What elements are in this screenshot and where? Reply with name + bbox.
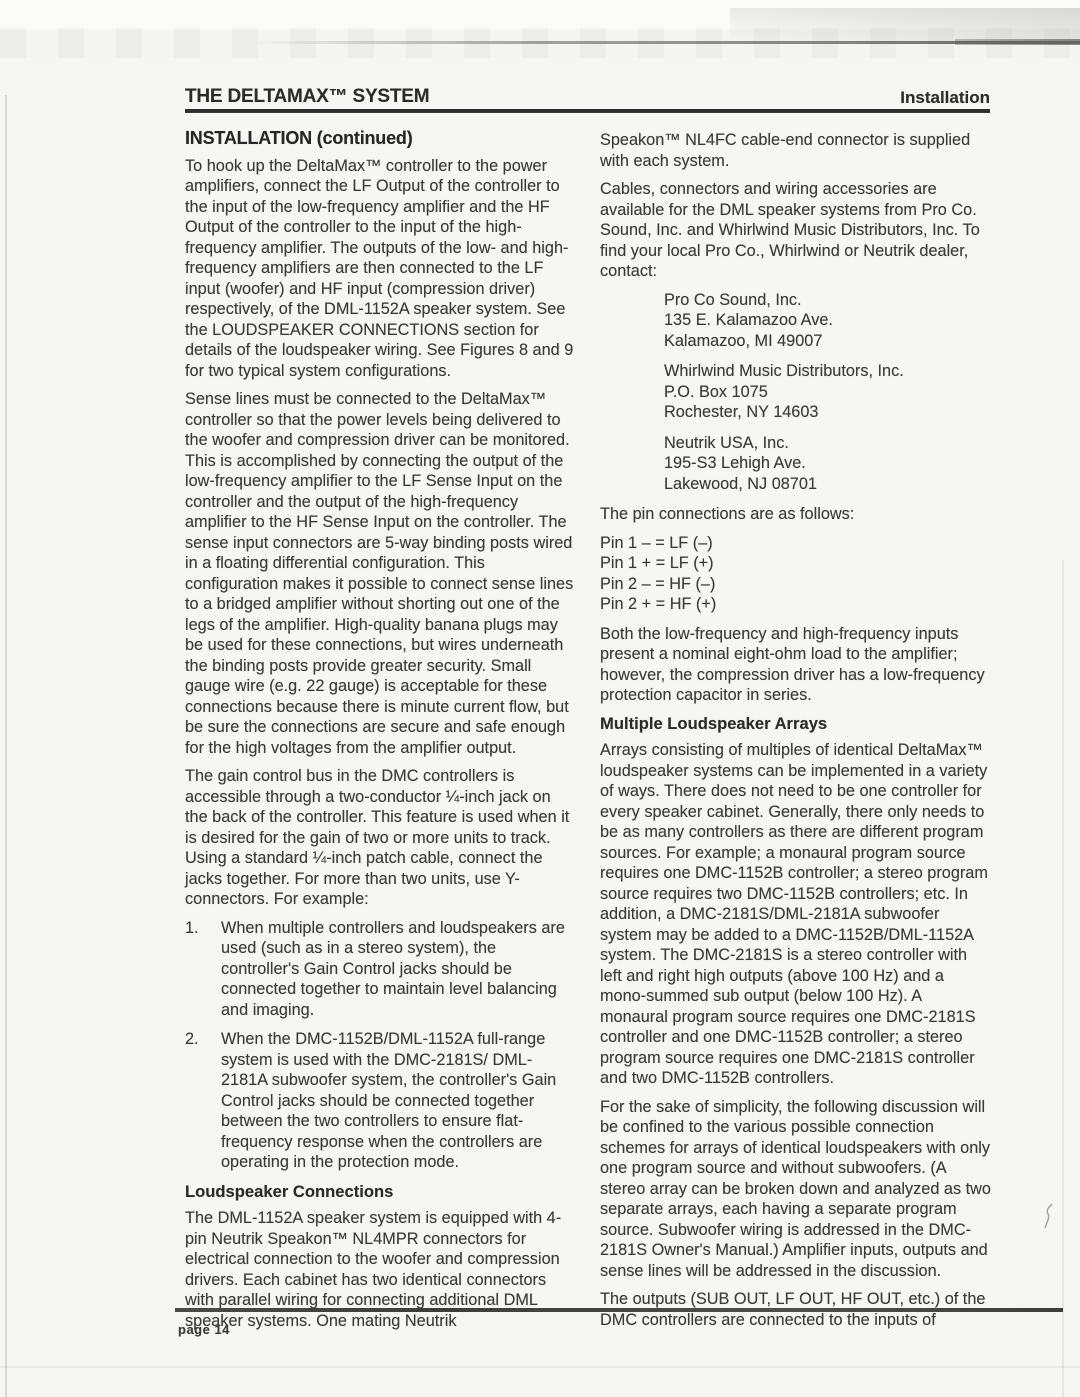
address-line: Kalamazoo, MI 49007 <box>664 331 992 352</box>
list-item-text: When multiple controllers and loudspeake… <box>221 918 575 1021</box>
loudspeaker-connections-heading: Loudspeaker Connections <box>185 1182 575 1203</box>
scan-right-edge-line <box>1062 560 1064 1397</box>
arrays-para-1: Arrays consisting of multiples of identi… <box>600 740 992 1089</box>
address-line: Whirlwind Music Distributors, Inc. <box>664 361 992 382</box>
list-item-number: 1. <box>185 918 221 1021</box>
installation-heading: INSTALLATION (continued) <box>185 128 575 149</box>
scan-shadow-wedge <box>730 8 1080 42</box>
footer-rule <box>175 1308 1063 1312</box>
section-title: Installation <box>790 88 990 108</box>
list-item-text: When the DMC-1152B/DML-1152A full-range … <box>221 1029 575 1173</box>
scan-left-edge-line <box>5 95 7 1397</box>
loudspeaker-para-1: The DML-1152A speaker system is equipped… <box>185 1208 575 1331</box>
page-number: page 14 <box>178 1322 230 1337</box>
left-column: INSTALLATION (continued) To hook up the … <box>185 128 575 1339</box>
address-line: Lakewood, NJ 08701 <box>664 474 992 495</box>
address-line: Rochester, NY 14603 <box>664 402 992 423</box>
right-column: Speakon™ NL4FC cable-end connector is su… <box>600 130 992 1338</box>
document-title: THE DELTAMAX™ SYSTEM <box>185 86 429 108</box>
list-item: 2. When the DMC-1152B/DML-1152A full-ran… <box>185 1029 575 1173</box>
list-item-number: 2. <box>185 1029 221 1173</box>
load-para: Both the low-frequency and high-frequenc… <box>600 624 992 706</box>
multiple-arrays-heading: Multiple Loudspeaker Arrays <box>600 714 992 735</box>
pin-line: Pin 1 – = LF (–) <box>600 533 992 554</box>
header-rule <box>185 109 990 113</box>
address-whirlwind: Whirlwind Music Distributors, Inc. P.O. … <box>664 361 992 423</box>
scanned-manual-page: THE DELTAMAX™ SYSTEM Installation INSTAL… <box>0 0 1080 1397</box>
pin-connection-list: Pin 1 – = LF (–) Pin 1 + = LF (+) Pin 2 … <box>600 533 992 615</box>
example-list: 1. When multiple controllers and loudspe… <box>185 918 575 1173</box>
scan-edge-line-thick <box>955 39 1080 45</box>
install-para-3: The gain control bus in the DMC controll… <box>185 766 575 910</box>
address-proco: Pro Co Sound, Inc. 135 E. Kalamazoo Ave.… <box>664 290 992 352</box>
address-line: 195-S3 Lehigh Ave. <box>664 453 992 474</box>
address-line: Neutrik USA, Inc. <box>664 433 992 454</box>
list-item: 1. When multiple controllers and loudspe… <box>185 918 575 1021</box>
pin-line: Pin 2 + = HF (+) <box>600 594 992 615</box>
address-line: Pro Co Sound, Inc. <box>664 290 992 311</box>
pin-line: Pin 2 – = HF (–) <box>600 574 992 595</box>
address-line: P.O. Box 1075 <box>664 382 992 403</box>
pin-line: Pin 1 + = LF (+) <box>600 553 992 574</box>
speakon-para: Speakon™ NL4FC cable-end connector is su… <box>600 130 992 171</box>
address-neutrik: Neutrik USA, Inc. 195-S3 Lehigh Ave. Lak… <box>664 433 992 495</box>
arrays-para-2: For the sake of simplicity, the followin… <box>600 1097 992 1282</box>
install-para-2: Sense lines must be connected to the Del… <box>185 389 575 758</box>
address-line: 135 E. Kalamazoo Ave. <box>664 310 992 331</box>
pen-mark-icon <box>1038 1198 1060 1238</box>
install-para-1: To hook up the DeltaMax™ controller to t… <box>185 156 575 382</box>
cables-para: Cables, connectors and wiring accessorie… <box>600 179 992 282</box>
pin-connections-intro: The pin connections are as follows: <box>600 504 992 525</box>
scan-bottom-line <box>0 1366 1080 1368</box>
